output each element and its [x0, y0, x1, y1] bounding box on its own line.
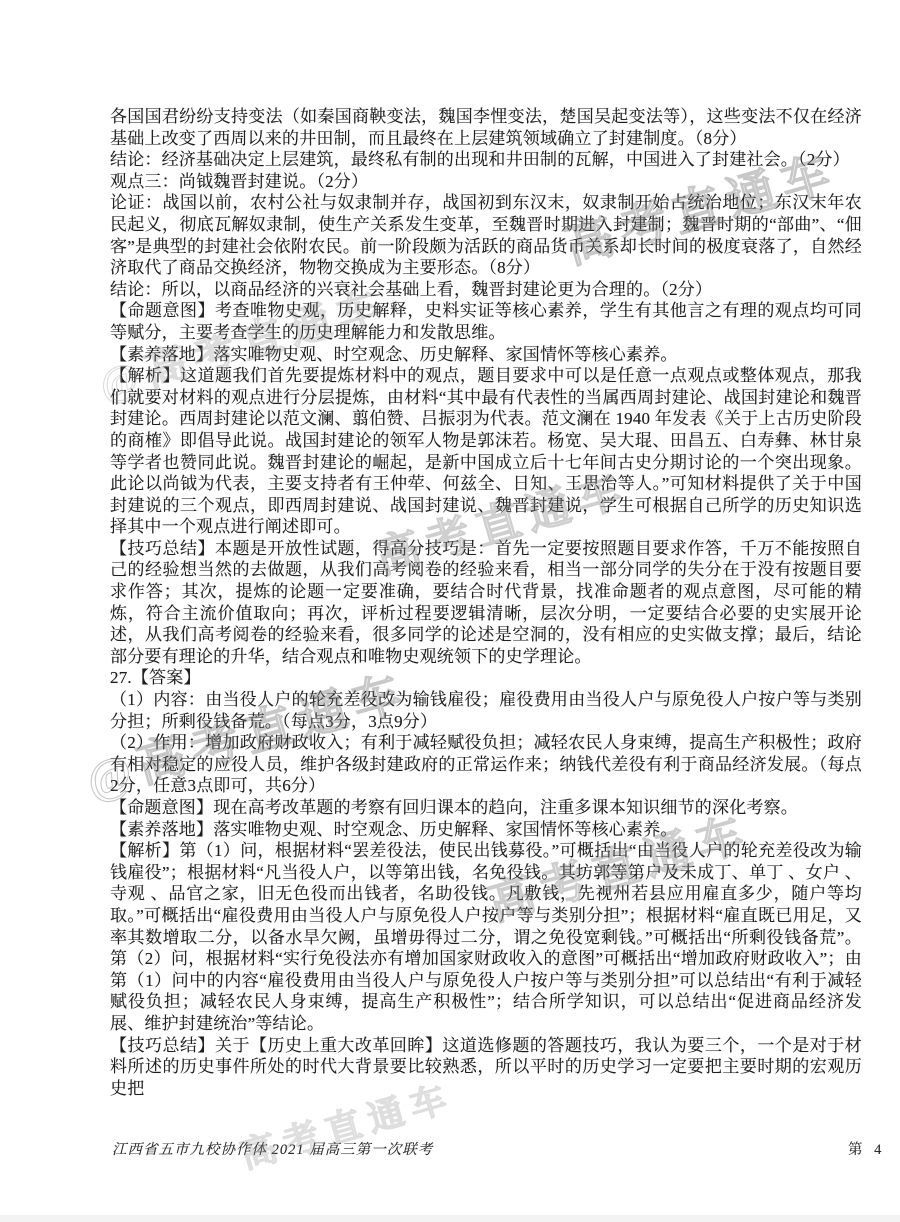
paragraph: 【命题意图】考查唯物史观，历史解释，史料实证等核心素养，学生有其他言之有理的观点… — [110, 300, 862, 343]
footer-exam-name: 江西省五市九校协作体 2021 届高三第一次联考 — [112, 1138, 433, 1159]
paragraph: 论证：战国以前，农村公社与奴隶制并存，战国初到东汉末，奴隶制开始占统治地位；东汉… — [110, 192, 862, 278]
paragraph: 【素养落地】落实唯物史观、时空观念、历史解释、家国情怀等核心素养。 — [110, 819, 862, 841]
footer-page-number: 第 4 — [848, 1138, 885, 1159]
paragraph: 结论：所以，以商品经济的兴衰社会基础上看，魏晋封建论更为合理的。（2分） — [110, 279, 862, 301]
paragraph: 观点三：尚钺魏晋封建说。（2分） — [110, 171, 862, 193]
paragraph: 【解析】第（1）问，根据材料“罢差役法，使民出钱募役。”可概括出“由当役人户的轮… — [110, 840, 862, 1034]
paragraph: （1）内容：由当役人户的轮充差役改为输钱雇役；雇役费用由当役人户与原免役人户按户… — [110, 689, 862, 732]
paragraph: 【素养落地】落实唯物史观、时空观念、历史解释、家国情怀等核心素养。 — [110, 344, 862, 366]
scanned-exam-answer-page: @高考直通车 高考直通车 高考直通车 @高考直通车 高考直通车 高考直通车 各国… — [0, 0, 900, 1222]
page-bottom-edge — [0, 1215, 900, 1222]
answer-text-block: 各国国君纷纷支持变法（如秦国商鞅变法，魏国李悝变法，楚国吴起变法等），这些变法不… — [110, 106, 862, 1099]
paragraph: 【技巧总结】关于【历史上重大改革回眸】这道选修题的答题技巧，我认为要三个，一个是… — [110, 1035, 862, 1100]
paragraph: 【解析】这道题我们首先要提炼材料中的观点，题目要求中可以是任意一点观点或整体观点… — [110, 365, 862, 538]
paragraph: 结论：经济基础决定上层建筑，最终私有制的出现和井田制的瓦解，中国进入了封建社会。… — [110, 149, 862, 171]
paragraph: 各国国君纷纷支持变法（如秦国商鞅变法，魏国李悝变法，楚国吴起变法等），这些变法不… — [110, 106, 862, 149]
paragraph: （2）作用：增加政府财政收入；有利于减轻赋役负担；减轻农民人身束缚，提高生产积极… — [110, 732, 862, 797]
paragraph: 【命题意图】现在高考改革题的考察有回归课本的趋向，注重多课本知识细节的深化考察。 — [110, 797, 862, 819]
paragraph: 27.【答案】 — [110, 667, 862, 689]
paragraph: 【技巧总结】本题是开放性试题，得高分技巧是：首先一定要按照题目要求作答，千万不能… — [110, 538, 862, 668]
